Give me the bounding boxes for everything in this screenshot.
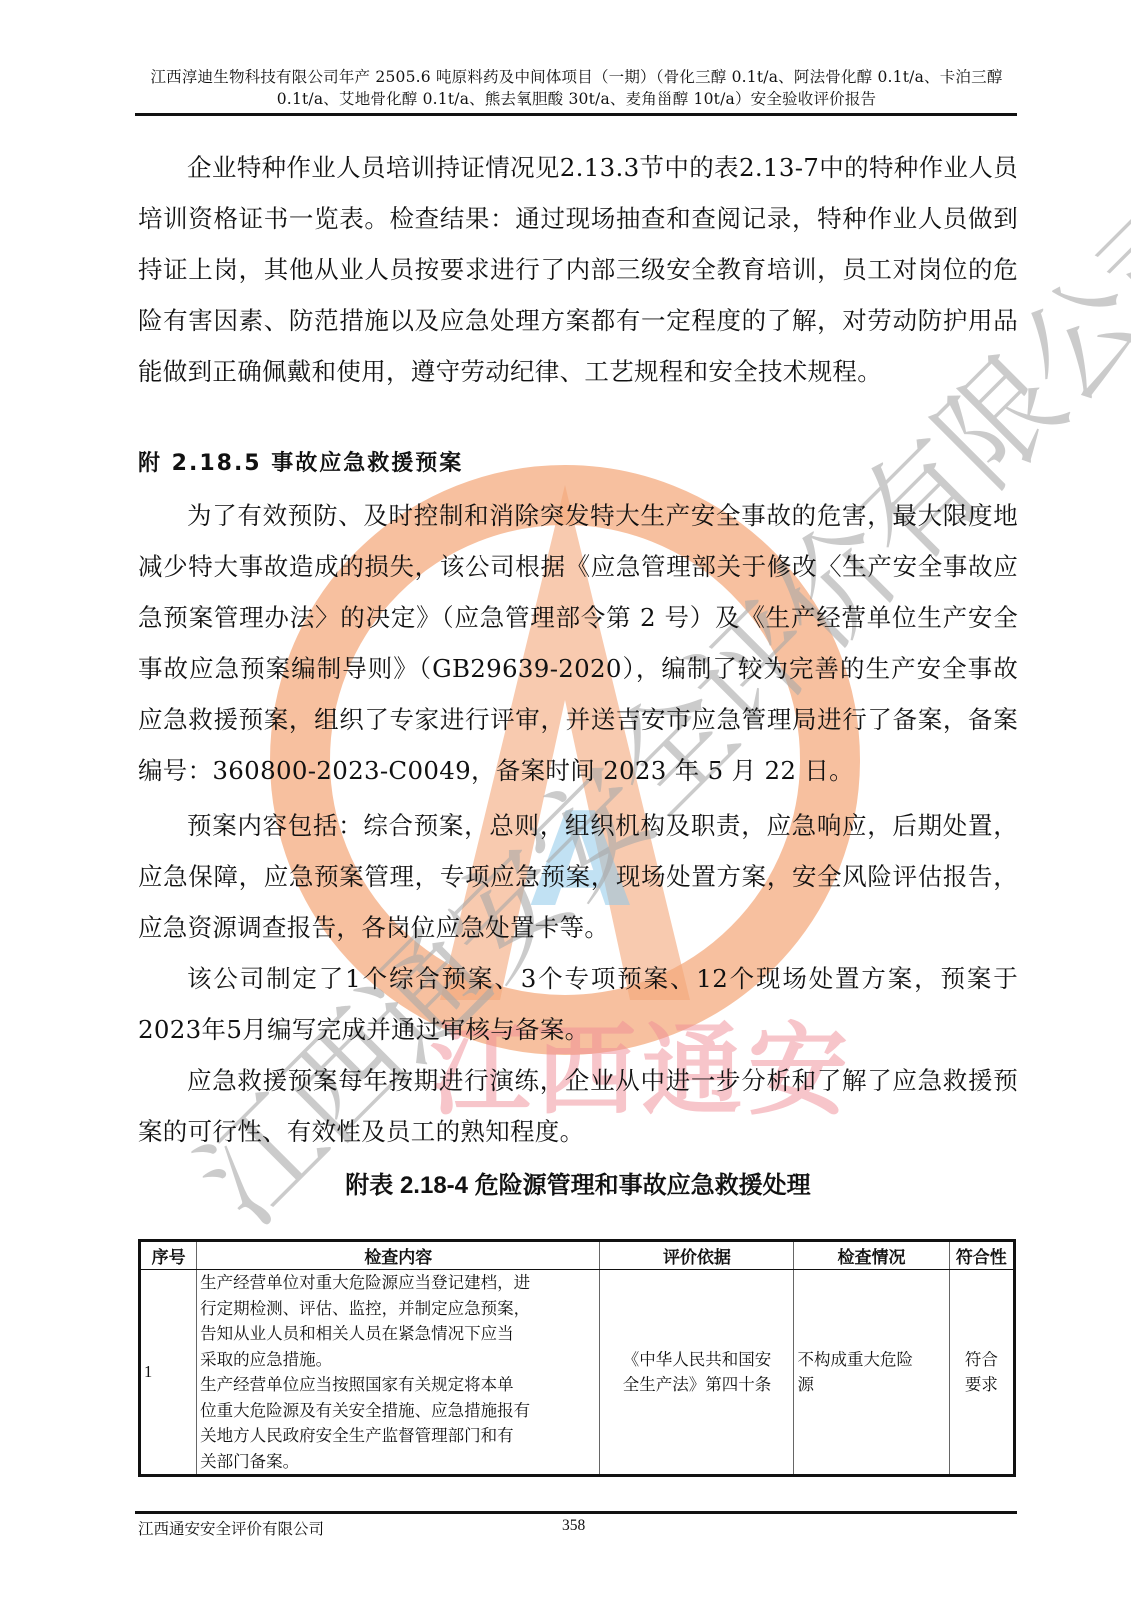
page-header: 江西淳迪生物科技有限公司年产 2505.6 吨原料药及中间体项目（一期）（骨化三… bbox=[138, 66, 1015, 110]
content-line: 行定期检测、评估、监控，并制定应急预案， bbox=[200, 1296, 596, 1322]
result-line: 源 bbox=[797, 1372, 945, 1398]
paragraph-drills: 应急救援预案每年按期进行演练，企业从中进一步分析和了解了应急救援预案的可行性、有… bbox=[138, 1055, 1018, 1157]
conformity-line: 要求 bbox=[953, 1372, 1010, 1398]
content-line: 生产经营单位对重大危险源应当登记建档，进 bbox=[200, 1270, 596, 1296]
page-number: 358 bbox=[562, 1517, 585, 1535]
table-title: 附表 2.18-4 危险源管理和事故应急救援处理 bbox=[138, 1165, 1018, 1200]
result-line: 不构成重大危险 bbox=[797, 1347, 945, 1373]
content-line: 采取的应急措施。 bbox=[200, 1347, 596, 1373]
paragraph-plan-count: 该公司制定了1个综合预案、3个专项预案、12个现场处置方案，预案于2023年5月… bbox=[138, 953, 1018, 1055]
content-line: 告知从业人员和相关人员在紧急情况下应当 bbox=[200, 1321, 596, 1347]
basis-line: 全生产法》第四十条 bbox=[603, 1372, 790, 1398]
cell-conformity: 符合 要求 bbox=[949, 1270, 1014, 1476]
content-line: 位重大危险源及有关安全措施、应急措施报有 bbox=[200, 1398, 596, 1424]
paragraph-plan-contents: 预案内容包括：综合预案，总则，组织机构及职责，应急响应，后期处置，应急保障，应急… bbox=[138, 800, 1018, 953]
cell-basis: 《中华人民共和国安 全生产法》第四十条 bbox=[600, 1270, 794, 1476]
document-page: 江西淳迪生物科技有限公司年产 2505.6 吨原料药及中间体项目（一期）（骨化三… bbox=[0, 0, 1131, 1600]
col-header-conformity: 符合性 bbox=[949, 1241, 1014, 1270]
col-header-content: 检查内容 bbox=[197, 1241, 600, 1270]
basis-line: 《中华人民共和国安 bbox=[603, 1347, 790, 1373]
conformity-line: 符合 bbox=[953, 1347, 1010, 1373]
table-row: 1 生产经营单位对重大危险源应当登记建档，进 行定期检测、评估、监控，并制定应急… bbox=[140, 1270, 1015, 1476]
content-line: 关部门备案。 bbox=[200, 1449, 596, 1475]
col-header-basis: 评价依据 bbox=[600, 1241, 794, 1270]
col-header-result: 检查情况 bbox=[794, 1241, 949, 1270]
inspection-table: 序号 检查内容 评价依据 检查情况 符合性 1 生产经营单位对重大危险源应当登记… bbox=[138, 1239, 1016, 1477]
footer-divider bbox=[135, 1511, 1017, 1514]
content-line: 关地方人民政府安全生产监督管理部门和有 bbox=[200, 1423, 596, 1449]
cell-seq: 1 bbox=[140, 1270, 197, 1476]
cell-result: 不构成重大危险 源 bbox=[794, 1270, 949, 1476]
header-title-line-1: 江西淳迪生物科技有限公司年产 2505.6 吨原料药及中间体项目（一期）（骨化三… bbox=[138, 66, 1015, 88]
content-line: 生产经营单位应当按照国家有关规定将本单 bbox=[200, 1372, 596, 1398]
header-divider bbox=[135, 113, 1017, 116]
section-heading: 附 2.18.5 事故应急救援预案 bbox=[138, 446, 463, 477]
paragraph-training: 企业特种作业人员培训持证情况见2.13.3节中的表2.13-7中的特种作业人员培… bbox=[138, 142, 1018, 397]
table-header-row: 序号 检查内容 评价依据 检查情况 符合性 bbox=[140, 1241, 1015, 1270]
cell-content: 生产经营单位对重大危险源应当登记建档，进 行定期检测、评估、监控，并制定应急预案… bbox=[197, 1270, 600, 1476]
footer-company: 江西通安安全评价有限公司 bbox=[138, 1517, 324, 1539]
col-header-seq: 序号 bbox=[140, 1241, 197, 1270]
paragraph-emergency-plan: 为了有效预防、及时控制和消除突发特大生产安全事故的危害，最大限度地减少特大事故造… bbox=[138, 490, 1018, 796]
header-title-line-2: 0.1t/a、艾地骨化醇 0.1t/a、熊去氧胆酸 30t/a、麦角甾醇 10t… bbox=[138, 88, 1015, 110]
